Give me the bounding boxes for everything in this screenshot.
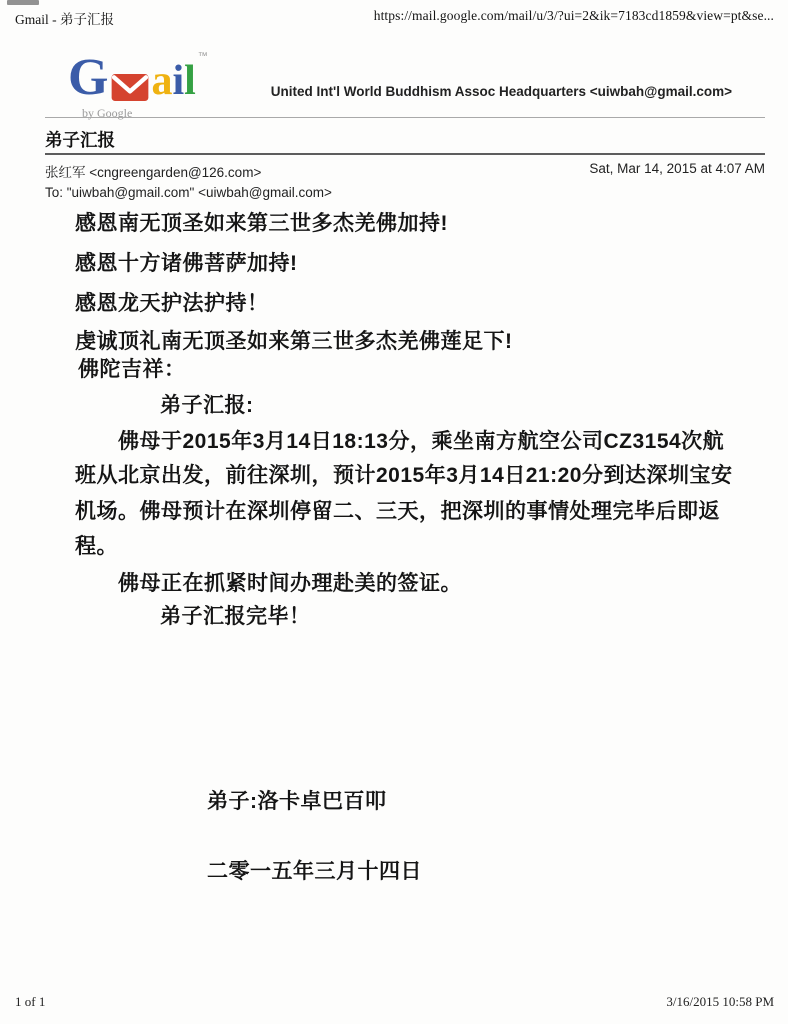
print-footer-timestamp: 3/16/2015 10:58 PM [666,994,774,1010]
scan-artifact-mark [7,0,39,5]
greeting-line: 感恩南无顶圣如来第三世多杰羌佛加持! [75,211,758,237]
body-line: 程。 [75,534,758,560]
divider-below-subject [45,153,765,155]
gmail-logo-letter-l: l [184,60,196,102]
print-footer-page-number: 1 of 1 [15,994,45,1010]
email-meta-block: 张红军 <cngreengarden@126.com> Sat, Mar 14,… [45,161,765,200]
body-line: 弟子汇报完毕！ [160,604,758,630]
print-header-bar: Gmail - 弟子汇报 https://mail.google.com/mai… [15,8,774,28]
greeting-line: 虔诚顶礼南无顶圣如来第三世多杰羌佛莲足下! [75,329,758,355]
gmail-logo: G a i l ™ by Google [68,52,208,121]
signature-date-line: 二零一五年三月十四日 [207,859,758,885]
divider-above-subject [45,117,765,118]
gmail-envelope-icon [110,73,150,102]
email-subject: 弟子汇报 [45,127,115,152]
greeting-line: 感恩龙天护法护持！ [75,291,758,317]
body-line: 机场。佛母预计在深圳停留二、三天，把深圳的事情处理完毕后即返 [75,499,758,525]
body-line: 佛母正在抓紧时间办理赴美的签证。 [118,571,758,597]
body-line: 佛母于2015年3月14日18:13分，乘坐南方航空公司CZ3154次航 [118,429,758,455]
gmail-logo-letter-g: G [68,52,108,104]
body-line: 弟子汇报: [160,393,758,419]
greeting-line: 感恩十方诸佛菩萨加持! [75,251,758,277]
gmail-header-row: G a i l ™ by Google United Int'l World B… [68,52,732,121]
gmail-logo-letter-i: i [172,60,184,102]
signature-line: 弟子:洛卡卓巴百叩 [207,789,758,815]
email-to: To: "uiwbah@gmail.com" <uiwbah@gmail.com… [45,185,765,200]
gmail-logo-letters: G a i l ™ [68,52,208,104]
salutation-line: 佛陀吉祥： [78,357,758,383]
print-header-url: https://mail.google.com/mail/u/3/?ui=2&i… [374,8,774,28]
email-meta-row: 张红军 <cngreengarden@126.com> Sat, Mar 14,… [45,161,765,181]
printed-email-page: Gmail - 弟子汇报 https://mail.google.com/mai… [0,0,788,1024]
email-date: Sat, Mar 14, 2015 at 4:07 AM [589,161,765,181]
email-from: 张红军 <cngreengarden@126.com> [45,161,261,181]
body-line: 班从北京出发，前往深圳，预计2015年3月14日21:20分到达深圳宝安 [75,463,758,489]
email-body: 感恩南无顶圣如来第三世多杰羌佛加持! 感恩十方诸佛菩萨加持! 感恩龙天护法护持！… [75,205,758,885]
account-owner-text: United Int'l World Buddhism Assoc Headqu… [271,84,732,99]
print-header-title: Gmail - 弟子汇报 [15,8,114,28]
gmail-byline: by Google [82,106,208,121]
trademark-symbol: ™ [198,52,208,62]
gmail-logo-letter-a: a [151,60,172,102]
